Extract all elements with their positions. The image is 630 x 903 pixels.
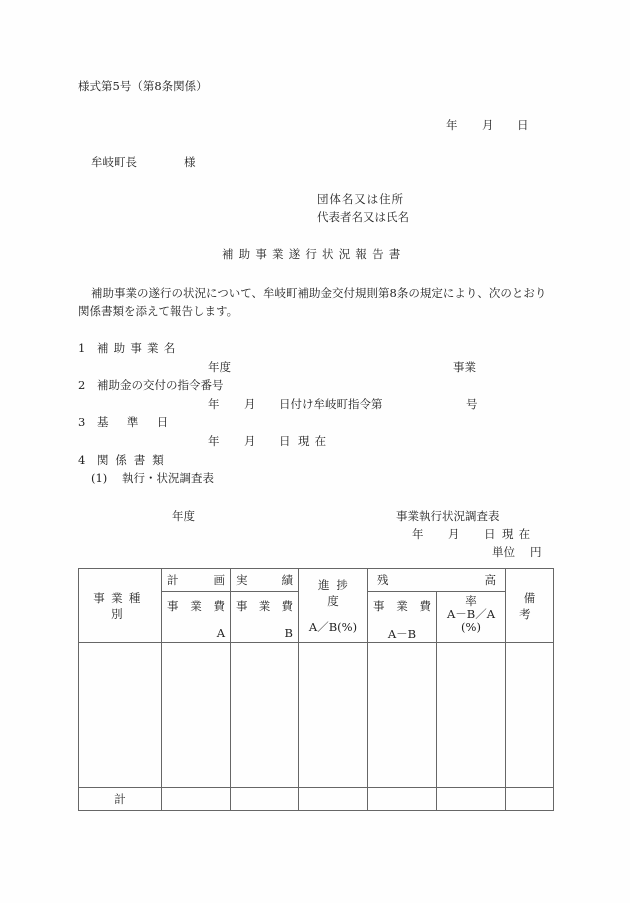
- balance-cost-c2: 業: [396, 598, 408, 614]
- section-3-number: 3: [78, 417, 85, 429]
- total-remarks[interactable]: [506, 788, 554, 811]
- plan-cost-c3: 費: [214, 598, 226, 614]
- document-title: 補助事業遂行状況報告書: [222, 249, 405, 261]
- body-text-line2: 関係書類を添えて報告します。: [78, 306, 238, 318]
- total-actual-cost[interactable]: [231, 788, 299, 811]
- addressee-name: 牟岐町長: [91, 157, 137, 169]
- total-rate[interactable]: [437, 788, 506, 811]
- cell-progress[interactable]: [299, 643, 368, 788]
- survey-table: 事業種別 計画 実績 進捗度 A／B(%) 残高 備考 事業費 A 事業費 B …: [78, 568, 554, 811]
- header-plan: 計画: [162, 569, 231, 592]
- date-month-label: 月: [482, 120, 494, 132]
- section-2-number: 2: [78, 380, 85, 392]
- header-actual-cost: 事業費 B: [231, 592, 299, 643]
- section-4-sub-1-number: (1): [91, 473, 107, 485]
- header-rate: 率 A－B／A (%): [437, 592, 506, 643]
- plan-cost-c1: 事: [167, 598, 179, 614]
- header-plan-right: 画: [214, 572, 226, 588]
- applicant-org-label: 団体名又は住所: [317, 194, 404, 206]
- section-1-fiscal-year: 年度: [208, 362, 231, 374]
- cell-category[interactable]: [79, 643, 162, 788]
- cell-actual-cost[interactable]: [231, 643, 299, 788]
- total-progress[interactable]: [299, 788, 368, 811]
- header-rate-unit: (%): [442, 621, 500, 634]
- header-progress-formula: A／B(%): [304, 619, 362, 635]
- cell-remarks[interactable]: [506, 643, 554, 788]
- cell-balance-cost[interactable]: [368, 643, 437, 788]
- section-4-label: 関係書類: [97, 455, 171, 467]
- total-plan-cost[interactable]: [162, 788, 231, 811]
- survey-date-as-of: 現在: [502, 529, 535, 541]
- total-balance-cost[interactable]: [368, 788, 437, 811]
- table-row: [79, 643, 554, 788]
- cell-plan-cost[interactable]: [162, 643, 231, 788]
- section-2-year: 年: [208, 399, 220, 411]
- body-text-line1: 補助事業の遂行の状況について、牟岐町補助金交付規則第8条の規定により、次のとおり: [91, 288, 546, 300]
- header-plan-cost: 事業費 A: [162, 592, 231, 643]
- header-balance-right: 高: [485, 572, 497, 588]
- header-actual-left: 実: [236, 572, 248, 588]
- section-3-label: 基準日: [97, 417, 187, 429]
- header-category-label: 事業種別: [86, 590, 154, 622]
- total-row: 計: [79, 788, 554, 811]
- survey-unit: 円: [530, 547, 542, 559]
- section-2-dated: 日付け牟岐町指令第: [279, 399, 383, 411]
- section-4-sub-1-label: 執行・状況調査表: [122, 473, 214, 485]
- section-4-number: 4: [78, 455, 85, 467]
- survey-fiscal-year: 年度: [172, 511, 195, 523]
- header-actual-right: 績: [282, 572, 294, 588]
- survey-date-year: 年: [412, 529, 424, 541]
- section-3-day: 日: [279, 436, 291, 448]
- plan-cost-c2: 業: [190, 598, 202, 614]
- section-2-month: 月: [244, 399, 256, 411]
- header-mark-b: B: [236, 626, 293, 640]
- date-year-label: 年: [446, 120, 458, 132]
- header-balance-cost-formula: A－B: [373, 626, 431, 642]
- survey-title: 事業執行状況調査表: [396, 511, 500, 523]
- section-3-month: 月: [244, 436, 256, 448]
- section-3-as-of: 現在: [298, 436, 331, 448]
- survey-date-month: 月: [448, 529, 460, 541]
- header-remarks: 備考: [506, 569, 554, 643]
- actual-cost-c1: 事: [236, 598, 248, 614]
- total-label: 計: [79, 788, 162, 811]
- survey-date-day: 日: [484, 529, 496, 541]
- header-actual: 実績: [231, 569, 299, 592]
- header-remarks-label: 備考: [519, 591, 544, 621]
- actual-cost-c2: 業: [259, 598, 271, 614]
- date-day-label: 日: [517, 120, 529, 132]
- section-3-year: 年: [208, 436, 220, 448]
- header-plan-left: 計: [167, 572, 179, 588]
- balance-cost-c3: 費: [420, 598, 432, 614]
- header-category: 事業種別: [79, 569, 162, 643]
- header-progress: 進捗度 A／B(%): [299, 569, 368, 643]
- form-number: 様式第5号（第8条関係）: [78, 81, 208, 93]
- section-2-number-suffix: 号: [466, 399, 478, 411]
- actual-cost-c3: 費: [282, 598, 294, 614]
- section-1-project: 事業: [453, 362, 476, 374]
- section-1-label: 補助事業名: [97, 343, 180, 355]
- cell-rate[interactable]: [437, 643, 506, 788]
- section-2-label: 補助金の交付の指令番号: [97, 380, 224, 392]
- applicant-rep-label: 代表者名又は氏名: [317, 212, 409, 224]
- header-mark-a: A: [167, 626, 225, 640]
- header-progress-label: 進捗度: [311, 577, 362, 609]
- header-balance-cost: 事業費 A－B: [368, 592, 437, 643]
- header-balance-left: 残: [377, 572, 389, 588]
- section-1-number: 1: [78, 343, 85, 355]
- header-balance: 残高: [368, 569, 506, 592]
- balance-cost-c1: 事: [373, 598, 385, 614]
- addressee-honorific: 様: [184, 157, 196, 169]
- survey-unit-label: 単位: [492, 547, 515, 559]
